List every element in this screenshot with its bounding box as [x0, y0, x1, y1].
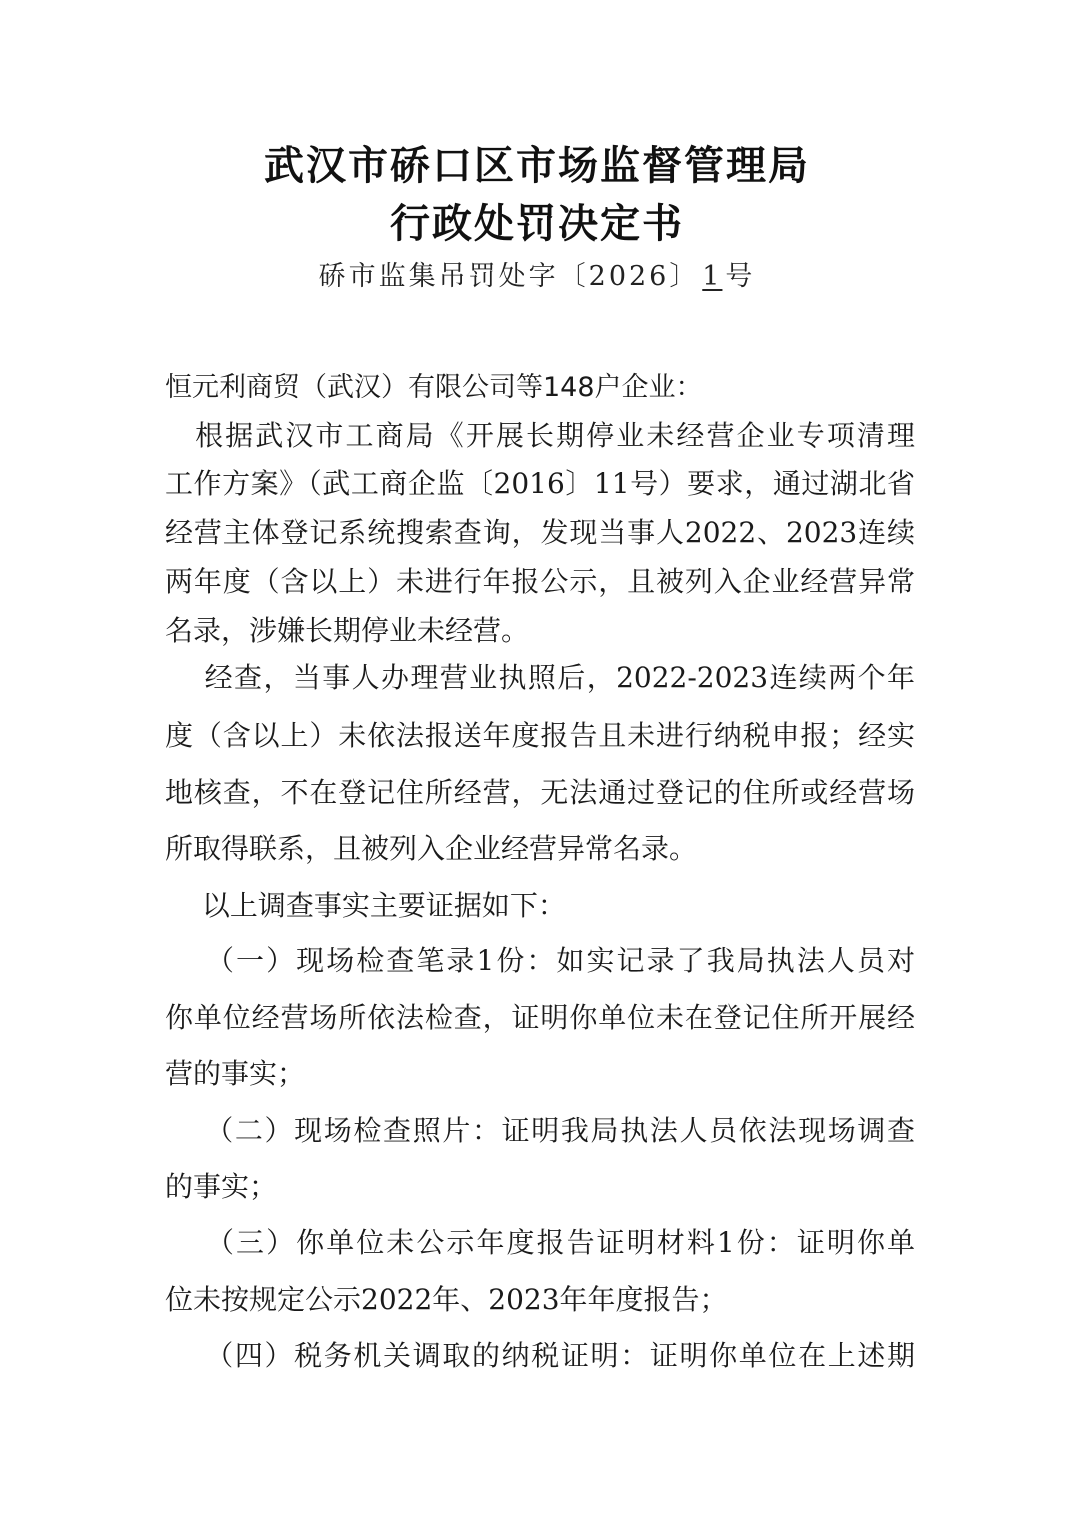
- evidence-item-1-line: 营的事实；: [165, 1054, 915, 1094]
- body-line: 两年度（含以上）未进行年报公示，且被列入企业经营异常: [165, 562, 915, 602]
- body-line: 地核查，不在登记住所经营，无法通过登记的住所或经营场: [165, 773, 915, 813]
- body-line: 经营主体登记系统搜索查询，发现当事人2022、2023连续: [165, 513, 915, 553]
- document-page: 武汉市硚口区市场监督管理局 行政处罚决定书 硚市监集吊罚处字〔2026〕1号 恒…: [0, 0, 1074, 1520]
- evidence-item-2-line: （二）现场检查照片：证明我局执法人员依法现场调查: [165, 1111, 915, 1151]
- body-line: 度（含以上）未依法报送年度报告且未进行纳税申报；经实: [165, 716, 915, 756]
- issuing-authority-title: 武汉市硚口区市场监督管理局: [0, 134, 1074, 191]
- body-line: 工作方案》（武工商企监〔2016〕11号）要求，通过湖北省: [165, 464, 915, 504]
- document-number-value: 1: [699, 261, 725, 292]
- body-line: 经查，当事人办理营业执照后，2022-2023连续两个年: [165, 658, 915, 698]
- document-number-suffix: 号: [725, 261, 755, 292]
- evidence-item-1-line: （一）现场检查笔录1份：如实记录了我局执法人员对: [165, 941, 915, 981]
- evidence-intro: 以上调查事实主要证据如下：: [165, 886, 915, 926]
- evidence-item-4-line: （四）税务机关调取的纳税证明：证明你单位在上述期: [165, 1336, 915, 1376]
- addressee: 恒元利商贸（武汉）有限公司等148户企业：: [165, 368, 915, 408]
- evidence-item-2-line: 的事实；: [165, 1167, 915, 1207]
- document-number: 硚市监集吊罚处字〔2026〕1号: [0, 254, 1074, 293]
- document-type-title: 行政处罚决定书: [0, 192, 1074, 249]
- body-line: 根据武汉市工商局《开展长期停业未经营企业专项清理: [165, 416, 915, 456]
- evidence-item-1-line: 你单位经营场所依法检查，证明你单位未在登记住所开展经: [165, 998, 915, 1038]
- body-line: 所取得联系，且被列入企业经营异常名录。: [165, 829, 915, 869]
- body-line: 名录，涉嫌长期停业未经营。: [165, 611, 915, 651]
- evidence-item-3-line: （三）你单位未公示年度报告证明材料1份：证明你单: [165, 1223, 915, 1263]
- evidence-item-3-line: 位未按规定公示2022年、2023年年度报告；: [165, 1280, 915, 1320]
- document-number-prefix: 硚市监集吊罚处字〔2026〕: [319, 261, 700, 292]
